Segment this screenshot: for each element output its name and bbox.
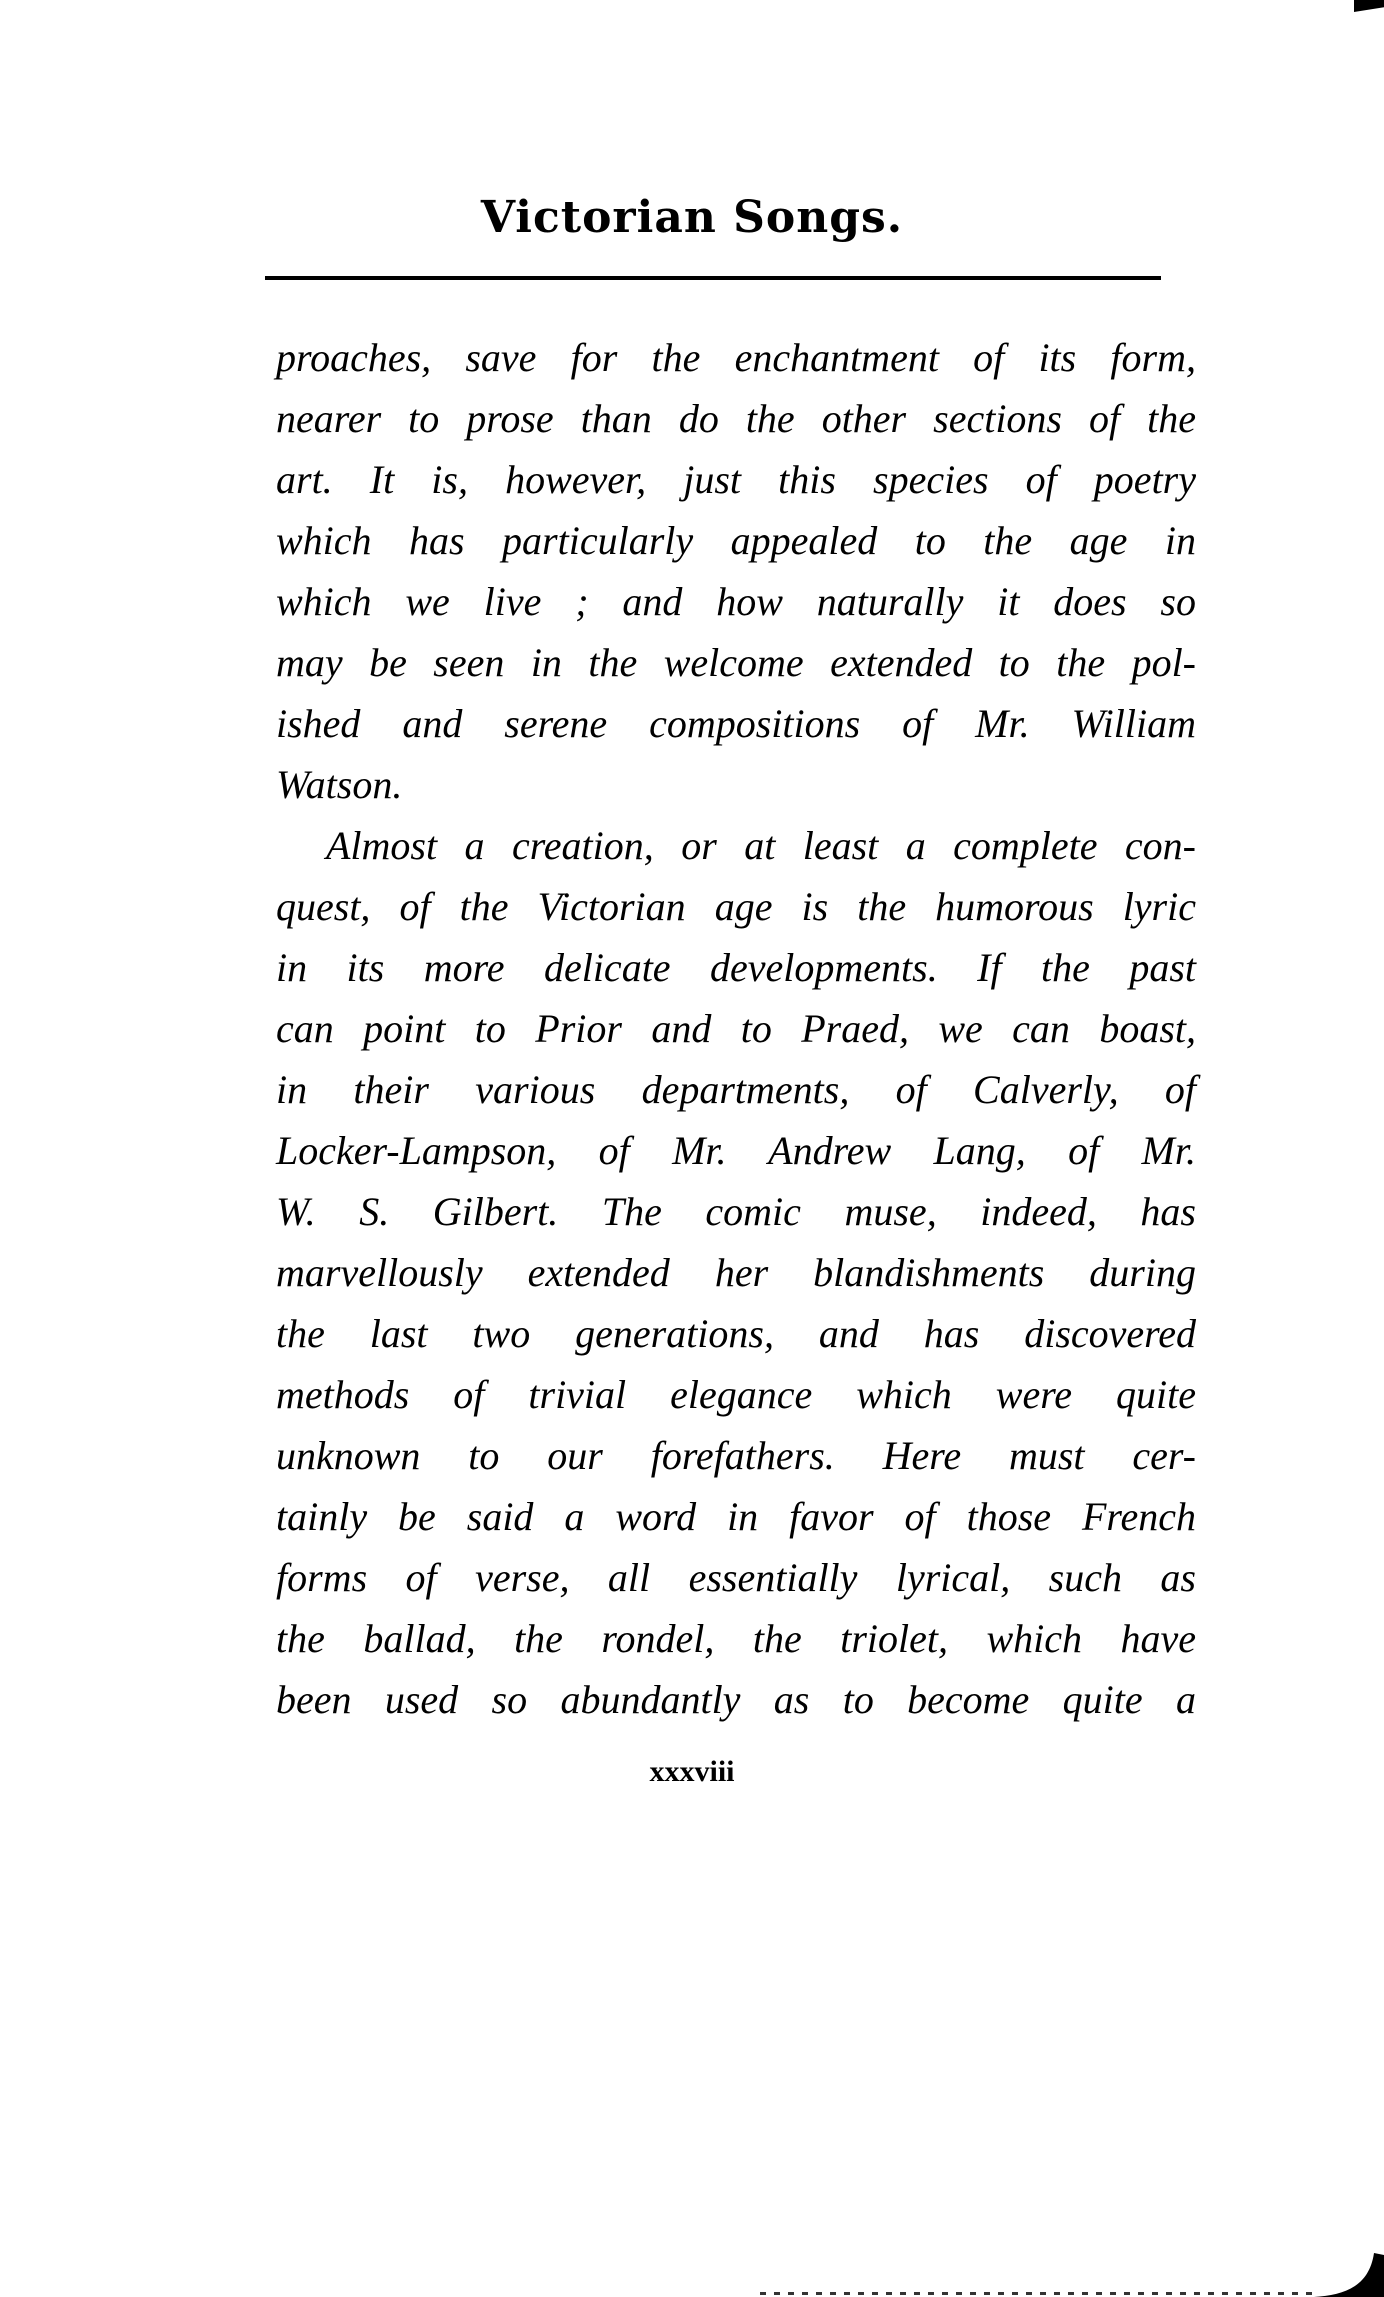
- text-line: art. It is, however, just this species o…: [276, 449, 1196, 510]
- text-line: Locker-Lampson, of Mr. Andrew Lang, of M…: [276, 1120, 1196, 1181]
- text-line: which has particularly appealed to the a…: [276, 510, 1196, 571]
- scan-edge-artifact-top-right: [1354, 0, 1384, 12]
- text-line: quest, of the Victorian age is the humor…: [276, 876, 1196, 937]
- book-page: Victorian Songs. proaches, save for the …: [0, 0, 1384, 2297]
- page-number-folio: xxxviii: [0, 1752, 1384, 1792]
- text-line: Watson.: [276, 754, 1196, 815]
- text-line: can point to Prior and to Praed, we can …: [276, 998, 1196, 1059]
- text-line: in its more delicate developments. If th…: [276, 937, 1196, 998]
- text-line: marvellously extended her blandishments …: [276, 1242, 1196, 1303]
- text-line: unknown to our forefathers. Here must ce…: [276, 1425, 1196, 1486]
- text-line-paragraph-start: Almost a creation, or at least a complet…: [276, 815, 1196, 876]
- body-text: proaches, save for the enchantment of it…: [276, 327, 1196, 1730]
- page-curl-artifact-bottom-right: [1314, 2245, 1384, 2297]
- text-line: methods of trivial elegance which were q…: [276, 1364, 1196, 1425]
- text-line: the last two generations, and has discov…: [276, 1303, 1196, 1364]
- text-line: the ballad, the rondel, the triolet, whi…: [276, 1608, 1196, 1669]
- text-line: W. S. Gilbert. The comic muse, indeed, h…: [276, 1181, 1196, 1242]
- text-line: been used so abundantly as to become qui…: [276, 1669, 1196, 1730]
- text-line: nearer to prose than do the other sectio…: [276, 388, 1196, 449]
- running-head-title: Victorian Songs.: [0, 188, 1384, 248]
- text-line: in their various departments, of Calverl…: [276, 1059, 1196, 1120]
- text-line: may be seen in the welcome extended to t…: [276, 632, 1196, 693]
- scan-edge-artifact-bottom: [760, 2292, 1320, 2295]
- text-line: proaches, save for the enchantment of it…: [276, 327, 1196, 388]
- header-rule-divider: [265, 276, 1161, 280]
- text-line: tainly be said a word in favor of those …: [276, 1486, 1196, 1547]
- text-line: ished and serene compositions of Mr. Wil…: [276, 693, 1196, 754]
- text-line: which we live ; and how naturally it doe…: [276, 571, 1196, 632]
- text-line: forms of verse, all essentially lyrical,…: [276, 1547, 1196, 1608]
